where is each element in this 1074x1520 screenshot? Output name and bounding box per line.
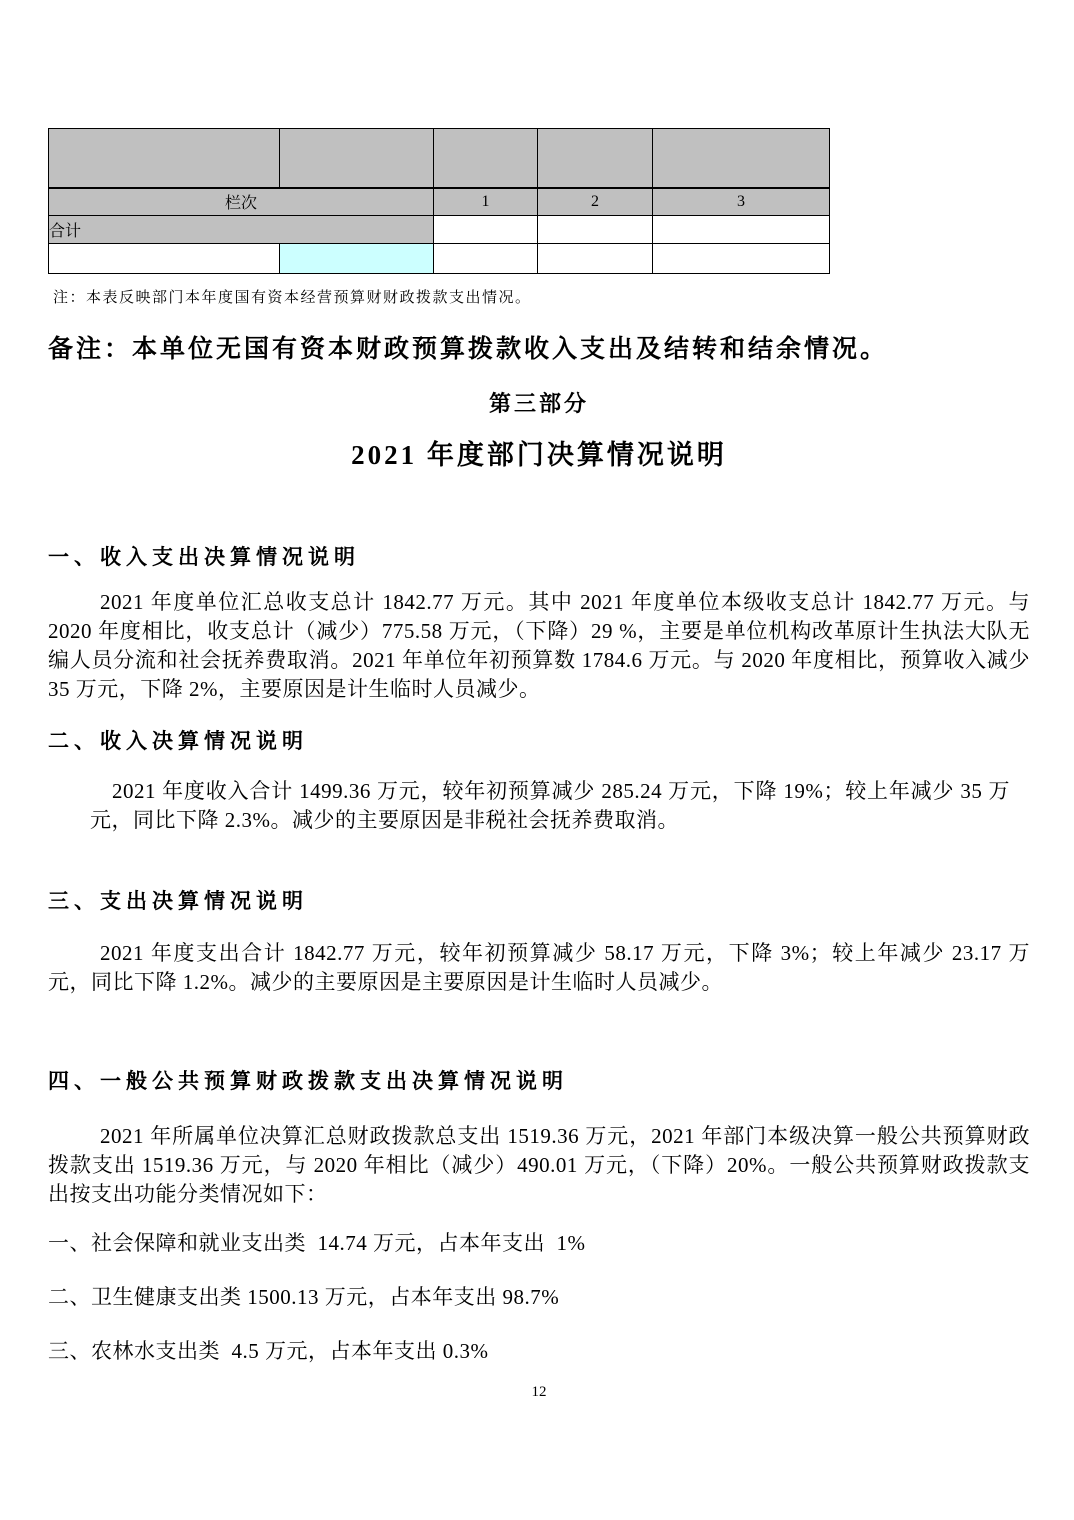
table-cell-lanci-label: 栏次 (49, 188, 434, 216)
table-cell-empty (280, 129, 434, 188)
section-body: 2021 年度单位汇总收支总计 1842.77 万元。其中 2021 年度单位本… (48, 588, 1030, 704)
section-heading: 一、收入支出决算情况说明 (48, 543, 1030, 573)
part-heading: 第三部分 (48, 389, 1030, 419)
section-heading: 三、支出决算情况说明 (48, 887, 1030, 917)
table-row-data (49, 244, 830, 274)
table-cell-value-empty (653, 216, 830, 244)
table-cell-colnum-3: 3 (653, 188, 830, 216)
section-body: 2021 年所属单位决算汇总财政拨款总支出 1519.36 万元，2021 年部… (48, 1122, 1030, 1209)
table-cell-empty (49, 129, 280, 188)
function-item-agriculture: 三、农林水支出类 4.5 万元，占本年支出 0.3% (48, 1337, 1030, 1366)
document-page: 栏次 1 2 3 合计 注：本表反映部门本年度国有资本经营预算财财政拨款支出情况… (0, 0, 1074, 1401)
table-cell-value-empty (538, 216, 653, 244)
section-body: 2021 年度支出合计 1842.77 万元，较年初预算减少 58.17 万元，… (48, 939, 1030, 997)
section-income-summary: 二、收入决算情况说明 2021 年度收入合计 1499.36 万元，较年初预算减… (48, 727, 1030, 835)
section-public-budget-expense: 四、一般公共预算财政拨款支出决算情况说明 2021 年所属单位决算汇总财政拨款总… (48, 1067, 1030, 1209)
function-item-social-security: 一、社会保障和就业支出类 14.74 万元，占本年支出 1% (48, 1229, 1030, 1258)
section-income-expense-summary: 一、收入支出决算情况说明 2021 年度单位汇总收支总计 1842.77 万元。… (48, 543, 1030, 704)
table-note: 注：本表反映部门本年度国有资本经营预算财财政拨款支出情况。 (48, 286, 1030, 307)
table-row-lanci: 栏次 1 2 3 (49, 188, 830, 216)
table-cell-value-empty (49, 244, 280, 274)
table-cell-empty (653, 129, 830, 188)
page-number: 12 (48, 1384, 1030, 1401)
budget-table: 栏次 1 2 3 合计 (48, 128, 830, 274)
table-cell-highlighted (280, 244, 434, 274)
table-cell-heji-label: 合计 (49, 216, 434, 244)
function-item-health: 二、卫生健康支出类 1500.13 万元，占本年支出 98.7% (48, 1283, 1030, 1312)
table-row-heji: 合计 (49, 216, 830, 244)
table-cell-empty (538, 129, 653, 188)
table-cell-value-empty (434, 216, 538, 244)
table-cell-colnum-2: 2 (538, 188, 653, 216)
table-cell-colnum-1: 1 (434, 188, 538, 216)
table-cell-empty (434, 129, 538, 188)
section-body: 2021 年度收入合计 1499.36 万元，较年初预算减少 285.24 万元… (90, 777, 1010, 835)
document-title: 2021 年度部门决算情况说明 (48, 437, 1030, 473)
section-heading: 四、一般公共预算财政拨款支出决算情况说明 (48, 1067, 1030, 1097)
remark-line: 备注：本单位无国有资本财政预算拨款收入支出及结转和结余情况。 (48, 333, 1030, 367)
section-expense-summary: 三、支出决算情况说明 2021 年度支出合计 1842.77 万元，较年初预算减… (48, 887, 1030, 997)
table-cell-value-empty (653, 244, 830, 274)
section-heading: 二、收入决算情况说明 (48, 727, 1030, 757)
table-row-blank-header (49, 129, 830, 188)
table-cell-value-empty (434, 244, 538, 274)
table-cell-value-empty (538, 244, 653, 274)
